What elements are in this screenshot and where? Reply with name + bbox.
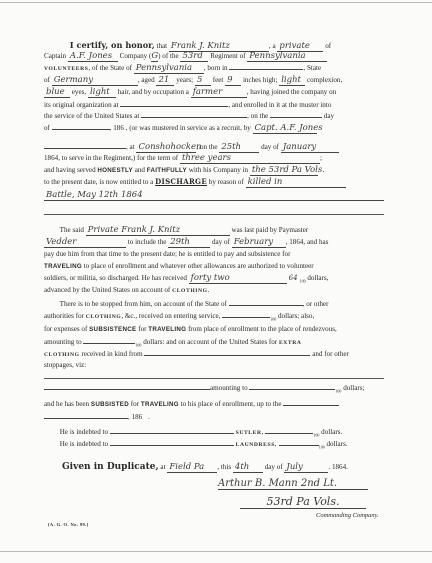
company-text: with his Company in [189, 166, 248, 174]
subsisted-line-1: and he has been SUBSISTED for TRAVELING … [44, 398, 389, 410]
paid-year-text: , 1864, and has [286, 238, 329, 246]
paid-day-field: 29th [168, 238, 210, 248]
authorities-text: authorities for [44, 312, 84, 320]
other-text: and for other [312, 350, 349, 358]
hundredths-mark: 100 [313, 432, 319, 437]
service-day-field [270, 110, 322, 118]
description-line: of Germany, aged 21 years; 5 feet 9 inch… [44, 75, 389, 86]
given-place-field: Field Pa [167, 463, 217, 473]
that-text: that [157, 42, 168, 50]
commanding-company-label: Commanding Company. [316, 512, 379, 519]
subsistence-label: SUBSISTENCE [89, 326, 136, 333]
paid-line-3: pay due him from that time to the presen… [44, 249, 389, 259]
section-divider [44, 214, 384, 215]
stopped-line-5: CLOTHING received in kind from and for o… [44, 348, 389, 360]
day-label: day [324, 112, 334, 120]
aged-label: , aged [138, 76, 155, 84]
stopped-line-1: There is to be stopped from him, on acco… [44, 298, 389, 309]
paymaster-field: Vedder [44, 238, 126, 248]
the-said-text: The said [60, 226, 84, 234]
extra-clothing-from-field [144, 348, 310, 356]
officer-signature: Arthur B. Mann 2nd Lt. [218, 478, 368, 490]
paid-name-field: Private Frank J. Knitz [86, 226, 230, 236]
discharge-label: DISCHARGE [155, 177, 207, 186]
stopped-line-7: amounting to 100 dollars; [44, 382, 389, 396]
eyes-label: eyes, [72, 88, 86, 96]
last-paid-text: was last paid by Paymaster [231, 226, 308, 234]
on-the-text: , on the [247, 112, 268, 120]
honestly-label: HONESTLY [97, 167, 133, 174]
discharge-line: to the present date, is now entitled to … [44, 177, 389, 188]
hundredths-mark: 100 [319, 444, 325, 449]
day-of-text: day of [212, 238, 230, 246]
term-field: three years [180, 154, 320, 164]
given-heading: Given in Duplicate, [62, 462, 159, 472]
for-text: for [138, 325, 146, 333]
laundress-label: LAUNDRESS, [236, 442, 277, 448]
stopped-line-2: authorities for CLOTHING, &c., received … [44, 310, 389, 324]
certify-heading: I certify, on honor, [70, 40, 155, 50]
indebted-label: He is indebted to [60, 440, 108, 448]
allowances-text: to place of enrollment and whatever othe… [84, 262, 314, 270]
year-label: , 186 [110, 124, 124, 132]
state-tail: , State [303, 64, 321, 72]
country-field: Germany [52, 76, 138, 86]
dollars-text: dollars; [343, 384, 364, 392]
indebted-laundress-line: He is indebted to LAUNDRESS, 100 dollars… [44, 438, 389, 452]
include-text: to include the [128, 238, 167, 246]
amounting-text: amounting to [210, 384, 248, 392]
served-line: and having served HONESTLY and FAITHFULL… [44, 165, 389, 176]
age-field: 21 [156, 76, 174, 86]
sutler-name-field [110, 426, 234, 434]
entering-service-text: , &c., received on entering service, [121, 312, 220, 320]
traveling-label: TRAVELING [141, 401, 179, 408]
complexion-field: light [279, 76, 305, 86]
reason-field: killed in [246, 178, 346, 188]
recruit-line: of , 186 , (or was mustered in service a… [44, 122, 389, 134]
sutler-label: SUTLER, [236, 430, 264, 436]
at-text: , at [126, 143, 135, 151]
muster-place-field: Conshohocken [136, 143, 196, 153]
state-field: Pennsylvania [134, 64, 204, 74]
reason-cont-line: Battle, May 12th 1864 [44, 190, 389, 201]
or-other-text: , or other [303, 300, 329, 308]
received-kind-text: received in kind from [81, 350, 142, 358]
muster-day-field: 25th [219, 143, 259, 153]
clothing-label: CLOTHING [44, 352, 80, 358]
indebted-label: He is indebted to [60, 428, 108, 436]
laundress-name-field [110, 438, 234, 446]
stopped-amount-field [222, 310, 270, 318]
entitled-text: to the present date, is now entitled to … [44, 178, 153, 186]
for-text: for [131, 400, 139, 408]
organization-line: its original organization at , and enrol… [44, 99, 389, 110]
dollars-text: dollars, [307, 274, 328, 282]
received-text: soldiers, or militia, so discharged. He … [44, 274, 187, 282]
stopped-line-3: for expenses of SUBSISTENCE for TRAVELIN… [44, 324, 389, 335]
muster-place-line: , at Conshohocken, on the 25th day of Ja… [44, 141, 389, 153]
volunteers-line: VOLUNTEERS, of the State of Pennsylvania… [44, 62, 389, 74]
clothing-label: CLOTHING. [172, 288, 210, 294]
hair-field: light [88, 88, 116, 98]
sutler-amount-field [265, 426, 313, 434]
feet-field: 5 [195, 76, 211, 86]
dollars-text: dollars. [326, 440, 347, 448]
of-text: of [44, 76, 50, 84]
clothing-amount-field: forty two [189, 274, 287, 284]
stoppage-item-field [44, 382, 210, 390]
volunteers-label: VOLUNTEERS [44, 66, 88, 72]
clothing-label: CLOTHING [86, 314, 122, 320]
subsisted-text: and he has been [44, 400, 89, 408]
captain-line: Captain A.F. Jones Company (G) of the 53… [44, 51, 389, 62]
stoppages-text: stoppages, viz: [44, 361, 86, 369]
traveling-label: TRAVELING [148, 326, 186, 333]
a-text: , a [269, 42, 276, 50]
stopped-state-field [229, 298, 303, 306]
page-edge-top [0, 2, 432, 3]
amounting-text: amounting to [44, 338, 82, 346]
recruit-text: , (or was mustered in service as a recru… [126, 124, 251, 132]
dollars-also-text: dollars; also, [278, 312, 314, 320]
captain-label: Captain [44, 52, 66, 60]
born-label: , born in [204, 64, 228, 72]
stopped-text: There is to be stopped from him, on acco… [60, 300, 227, 308]
given-line: Given in Duplicate, at Field Pa, this 4t… [62, 462, 407, 473]
given-day-field: 4th [233, 463, 263, 473]
at-text: at [160, 463, 165, 471]
complexion-label: complexion, [307, 76, 342, 84]
of-text: of [325, 42, 331, 50]
of-text: of [44, 124, 50, 132]
and-text: and [135, 166, 145, 174]
regiment-number-field: 53rd [180, 52, 208, 62]
stopped-line-6: stoppages, viz: [44, 360, 389, 370]
paid-line-1: The said Private Frank J. Knitz was last… [44, 225, 389, 236]
served-text: and having served [44, 166, 96, 174]
subsisted-month-field [44, 411, 128, 419]
company-end: ) of the [158, 52, 179, 60]
paid-line-4: TRAVELING to place of enrollment and wha… [44, 261, 389, 272]
paid-month-field: February [232, 238, 286, 248]
captain-field: A.F. Jones [68, 52, 118, 62]
years-label: years; [176, 76, 193, 84]
faithfully-label: FAITHFULLY [147, 167, 187, 174]
advanced-text: advanced by the United States on account… [44, 286, 170, 294]
on-the-text: , on the [196, 143, 217, 151]
regiment-state-field: Pennsylvania [247, 52, 327, 62]
stoppages-field-line [44, 378, 384, 379]
given-year-text: . 1864. [328, 463, 348, 471]
state-label: , of the State of [88, 64, 132, 72]
reason-label: by reason of [209, 178, 244, 186]
expenses-text: for expenses of [44, 325, 87, 333]
inches-label: inches high; [243, 76, 277, 84]
traveling-label: TRAVELING [44, 263, 82, 270]
subsisted-label: SUBSISTED [91, 401, 129, 408]
this-text: , this [217, 463, 231, 471]
period: . [148, 413, 150, 421]
subsisted-line-2: , 186 . [44, 411, 389, 422]
muster-month-field: January [281, 143, 339, 153]
hundredths-mark: 100 [270, 316, 276, 321]
joined-text: , having joined the company on [247, 88, 336, 96]
eyes-hair-line: blue eyes, light hair, and by occupation… [44, 87, 389, 98]
muster-blank [44, 141, 126, 149]
clothing-cents-field: 64 [287, 274, 300, 283]
enrollment-text: to his place of enrollment, up to the [181, 400, 282, 408]
term-label: , to serve in the Regiment,) for the ter… [58, 154, 178, 162]
pay-due-text: pay due him from that time to the presen… [44, 250, 290, 258]
feet-label: feet [213, 76, 224, 84]
occupation-field: farmer [191, 88, 247, 98]
enrolled-text: , and enrolled in it at the muster into [228, 101, 331, 109]
subsistence-amount-field [83, 336, 135, 344]
born-field [229, 62, 303, 70]
organization-label: its original organization at [44, 101, 119, 109]
form-number: [A. G. O. No. 99.] [48, 522, 89, 527]
day-of-text: day of [265, 463, 283, 471]
dollars-text: dollars. [321, 428, 342, 436]
subsisted-day-field [283, 398, 339, 406]
discharge-certificate: I certify, on honor, that Frank J. Knitz… [0, 0, 432, 563]
service-place-field [141, 110, 247, 118]
stoppage-amount-field [249, 382, 335, 390]
organization-field [120, 99, 228, 107]
hundredths-mark: 100 [300, 278, 306, 283]
day-of-text: day of [261, 143, 279, 151]
paid-line-6: advanced by the United States on account… [44, 285, 389, 296]
service-label: the service of the United States at [44, 112, 139, 120]
page-edge-bottom [0, 551, 432, 552]
regiment-label: Regiment of [210, 52, 245, 60]
paid-line-2: Vedder to include the 29th day of Februa… [44, 237, 389, 248]
extra-label: EXTRA [279, 340, 302, 346]
month-field [52, 122, 110, 130]
company-label: Company ( [120, 52, 152, 60]
united-states-text: dollars: and on account of the United St… [143, 338, 277, 346]
year-text: 1864 [44, 154, 58, 162]
term-line: 1864, to serve in the Regiment,) for the… [44, 153, 389, 164]
hair-label: hair, and by occupation a [118, 88, 189, 96]
mustered-by-field: Capt. A.F. Jones [253, 124, 317, 134]
served-company-field: the 53rd Pa Vols. [250, 166, 318, 176]
inches-field: 9 [225, 76, 241, 86]
laundress-amount-field [279, 438, 319, 446]
eyes-field: blue [44, 88, 70, 98]
rendezvous-text: from place of enrollment to the place of… [188, 325, 337, 333]
given-month-field: July [284, 463, 328, 473]
year-text: , 186 [128, 413, 142, 421]
unit-signature: 53rd Pa Vols. [240, 495, 366, 509]
service-line: the service of the United States at , on… [44, 110, 389, 121]
reason-continued-field: Battle, May 12th 1864 [44, 191, 384, 201]
